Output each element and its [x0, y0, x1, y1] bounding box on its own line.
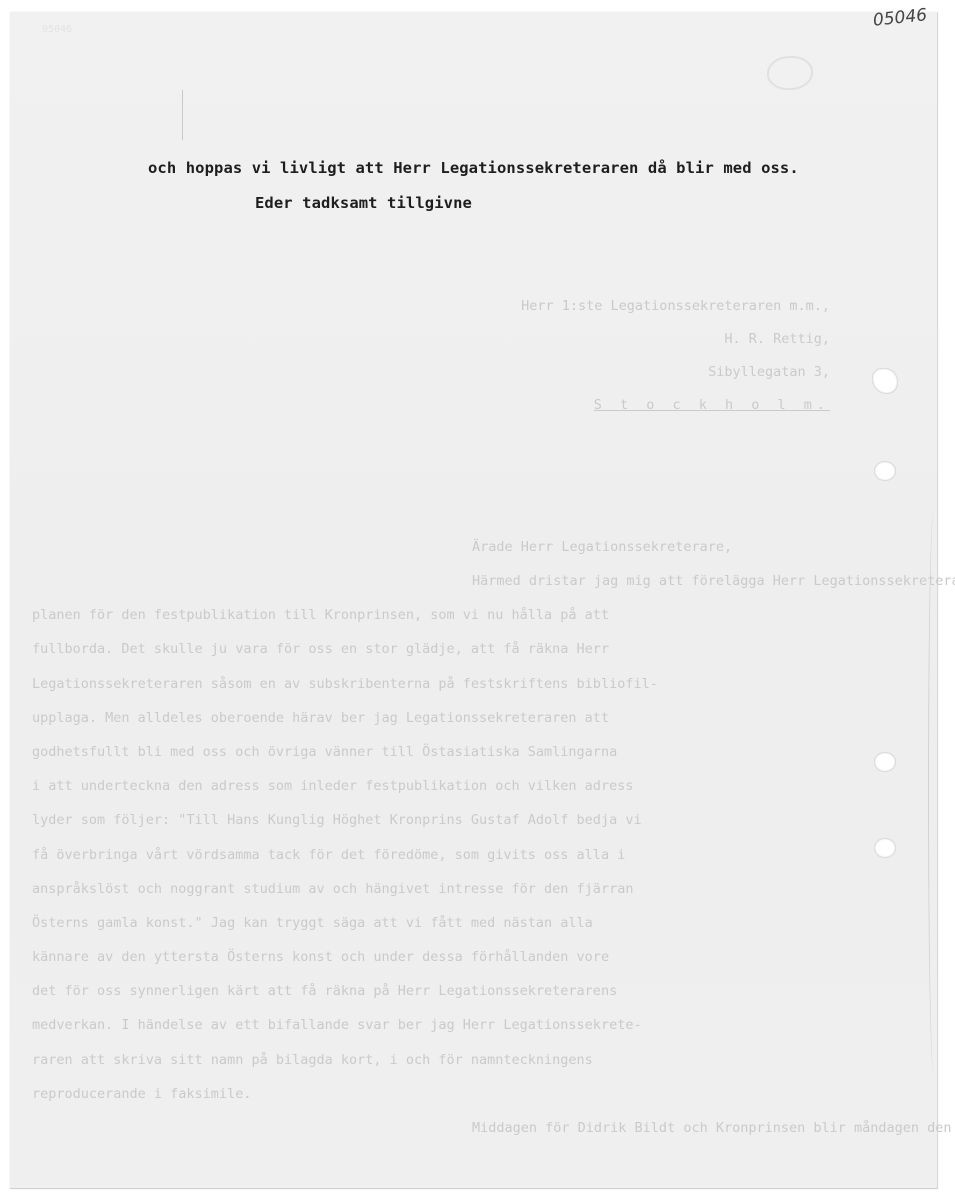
address-line: Herr 1:ste Legationssekreteraren m.m., [430, 298, 830, 331]
address-line: Sibyllegatan 3, [430, 364, 830, 397]
punch-hole-icon [874, 752, 896, 772]
valediction: Eder tadksamt tillgivne [255, 193, 799, 213]
bleed-line: planen för den festpublikation till Kron… [32, 607, 900, 641]
bleed-salutation: Ärade Herr Legationssekreterare, [32, 539, 900, 573]
punch-hole-icon [874, 838, 896, 858]
bleed-line: reproducerande i faksimile. [32, 1086, 900, 1120]
typed-letter-closing: och hoppas vi livligt att Herr Legations… [148, 158, 799, 213]
address-line: H. R. Rettig, [430, 331, 830, 364]
punch-hole-icon [872, 368, 898, 394]
bleed-line: Legationssekreteraren såsom en av subskr… [32, 676, 900, 710]
paper-edge-curl [928, 512, 939, 1072]
bleed-line: det för oss synnerligen kärt att få räkn… [32, 983, 900, 1017]
address-line: S t o c k h o l m. [430, 397, 830, 430]
bleed-line: anspråkslöst och noggrant studium av och… [32, 881, 900, 915]
bleed-line: Härmed dristar jag mig att förelägga Her… [32, 573, 900, 607]
bleed-line: fullborda. Det skulle ju vara för oss en… [32, 641, 900, 675]
bleed-line: godhetsfullt bli med oss och övriga vänn… [32, 744, 900, 778]
bleed-through-address: Herr 1:ste Legationssekreteraren m.m., H… [430, 298, 830, 430]
bleed-through-letter: Ärade Herr Legationssekreterare, Härmed … [32, 539, 900, 1154]
bleed-line: medverkan. I händelse av ett bifallande … [32, 1017, 900, 1051]
bleed-line: Middagen för Didrik Bildt och Kronprinse… [32, 1120, 900, 1154]
faint-margin-mark [182, 90, 183, 140]
bleed-line: få överbringa vårt vördsamma tack för de… [32, 847, 900, 881]
document-page: 05046 Herr 1:ste Legationssekreteraren m… [10, 12, 938, 1189]
punch-hole-icon [874, 461, 896, 481]
bleed-line: raren att skriva sitt namn på bilagda ko… [32, 1052, 900, 1086]
bleed-line: lyder som följer: "Till Hans Kunglig Hög… [32, 812, 900, 846]
bleed-line: kännare av den yttersta Österns konst oc… [32, 949, 900, 983]
bleed-line: i att underteckna den adress som inleder… [32, 778, 900, 812]
closing-sentence: och hoppas vi livligt att Herr Legations… [148, 158, 799, 178]
faint-stamp-mark [767, 56, 813, 90]
bleed-line: upplaga. Men alldeles oberoende härav be… [32, 710, 900, 744]
faint-corner-label: 05046 [42, 24, 72, 35]
bleed-line: Österns gamla konst." Jag kan tryggt säg… [32, 915, 900, 949]
